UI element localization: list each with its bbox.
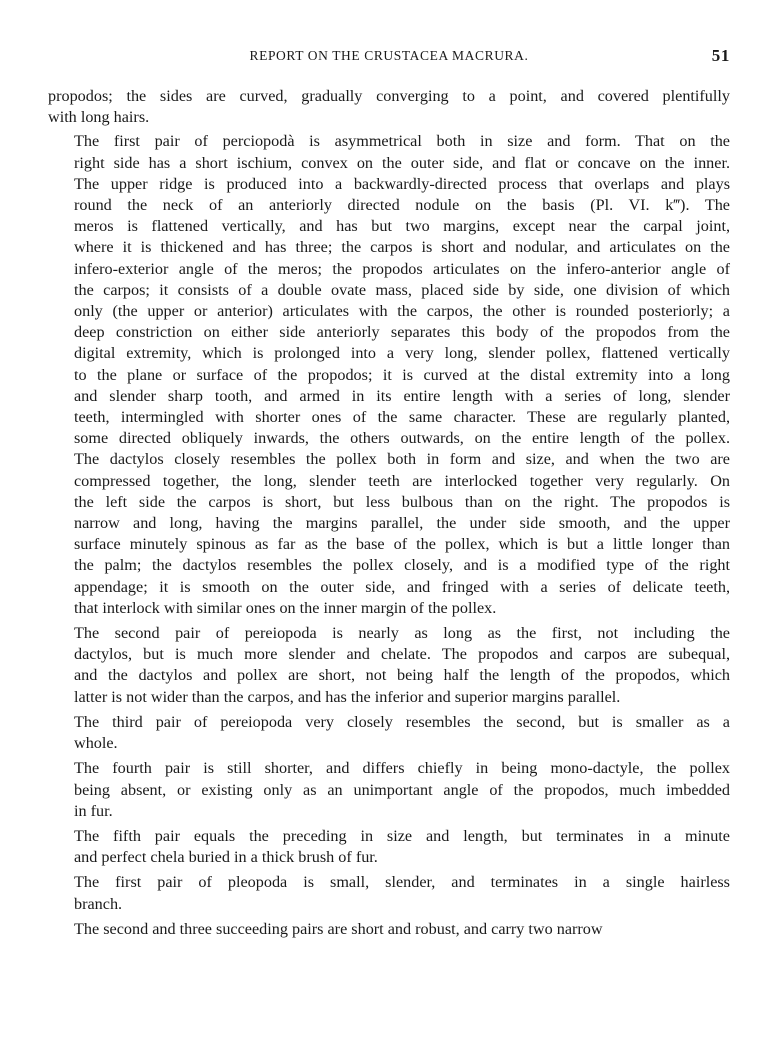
text-line: narrow and long, having the margins para… bbox=[48, 513, 730, 534]
paragraph: The third pair of pereiopoda very closel… bbox=[48, 712, 730, 754]
paragraph: The fourth pair is still shorter, and di… bbox=[48, 758, 730, 822]
text-line: the carpos; it consists of a double ovat… bbox=[48, 280, 730, 301]
body-text: propodos; the sides are curved, graduall… bbox=[48, 86, 730, 943]
document-page: REPORT ON THE CRUSTACEA MACRURA. 51 prop… bbox=[0, 0, 776, 1050]
text-line: teeth, intermingled with shorter ones of… bbox=[48, 407, 730, 428]
text-line: the left side the carpos is short, but l… bbox=[48, 492, 730, 513]
text-line: only (the upper or anterior) articulates… bbox=[48, 301, 730, 322]
text-line: The dactylos closely resembles the polle… bbox=[48, 449, 730, 470]
text-line: The fourth pair is still shorter, and di… bbox=[48, 758, 730, 779]
text-line: infero-exterior angle of the meros; the … bbox=[48, 259, 730, 280]
text-line: in fur. bbox=[48, 801, 730, 822]
paragraph: The first pair of pleopoda is small, sle… bbox=[48, 872, 730, 914]
text-line: meros is flattened vertically, and has b… bbox=[48, 216, 730, 237]
page-number: 51 bbox=[712, 46, 730, 66]
paragraph: The second pair of pereiopoda is nearly … bbox=[48, 623, 730, 708]
text-line: branch. bbox=[48, 894, 730, 915]
text-line: The second and three succeeding pairs ar… bbox=[48, 919, 730, 940]
text-line: some directed obliquely inwards, the oth… bbox=[48, 428, 730, 449]
text-line: with long hairs. bbox=[48, 107, 730, 128]
text-line: and the dactylos and pollex are short, n… bbox=[48, 665, 730, 686]
text-line: the palm; the dactylos resembles the pol… bbox=[48, 555, 730, 576]
paragraph: The second and three succeeding pairs ar… bbox=[48, 919, 730, 940]
text-line: that interlock with similar ones on the … bbox=[48, 598, 730, 619]
text-line: right side has a short ischium, convex o… bbox=[48, 153, 730, 174]
text-line: and slender sharp tooth, and armed in it… bbox=[48, 386, 730, 407]
text-line: appendage; it is smooth on the outer sid… bbox=[48, 577, 730, 598]
paragraph: The first pair of perciopodà is asymmetr… bbox=[48, 131, 730, 619]
paragraph: The fifth pair equals the preceding in s… bbox=[48, 826, 730, 868]
running-title: REPORT ON THE CRUSTACEA MACRURA. bbox=[48, 48, 730, 64]
text-line: The upper ridge is produced into a backw… bbox=[48, 174, 730, 195]
text-line: The first pair of pleopoda is small, sle… bbox=[48, 872, 730, 893]
text-line: whole. bbox=[48, 733, 730, 754]
text-line: The second pair of pereiopoda is nearly … bbox=[48, 623, 730, 644]
text-line: digital extremity, which is prolonged in… bbox=[48, 343, 730, 364]
text-line: dactylos, but is much more slender and c… bbox=[48, 644, 730, 665]
text-line: The third pair of pereiopoda very closel… bbox=[48, 712, 730, 733]
text-line: propodos; the sides are curved, graduall… bbox=[48, 86, 730, 107]
text-line: compressed together, the long, slender t… bbox=[48, 471, 730, 492]
text-line: and perfect chela buried in a thick brus… bbox=[48, 847, 730, 868]
text-line: latter is not wider than the carpos, and… bbox=[48, 687, 730, 708]
text-line: deep constriction on either side anterio… bbox=[48, 322, 730, 343]
running-header: REPORT ON THE CRUSTACEA MACRURA. 51 bbox=[48, 46, 730, 68]
text-line: The first pair of perciopodà is asymmetr… bbox=[48, 131, 730, 152]
text-line: to the plane or surface of the propodos;… bbox=[48, 365, 730, 386]
text-line: The fifth pair equals the preceding in s… bbox=[48, 826, 730, 847]
text-line: being absent, or existing only as an uni… bbox=[48, 780, 730, 801]
text-line: round the neck of an anteriorly directed… bbox=[48, 195, 730, 216]
paragraph: propodos; the sides are curved, graduall… bbox=[48, 86, 730, 128]
text-line: where it is thickened and has three; the… bbox=[48, 237, 730, 258]
text-line: surface minutely spinous as far as the b… bbox=[48, 534, 730, 555]
